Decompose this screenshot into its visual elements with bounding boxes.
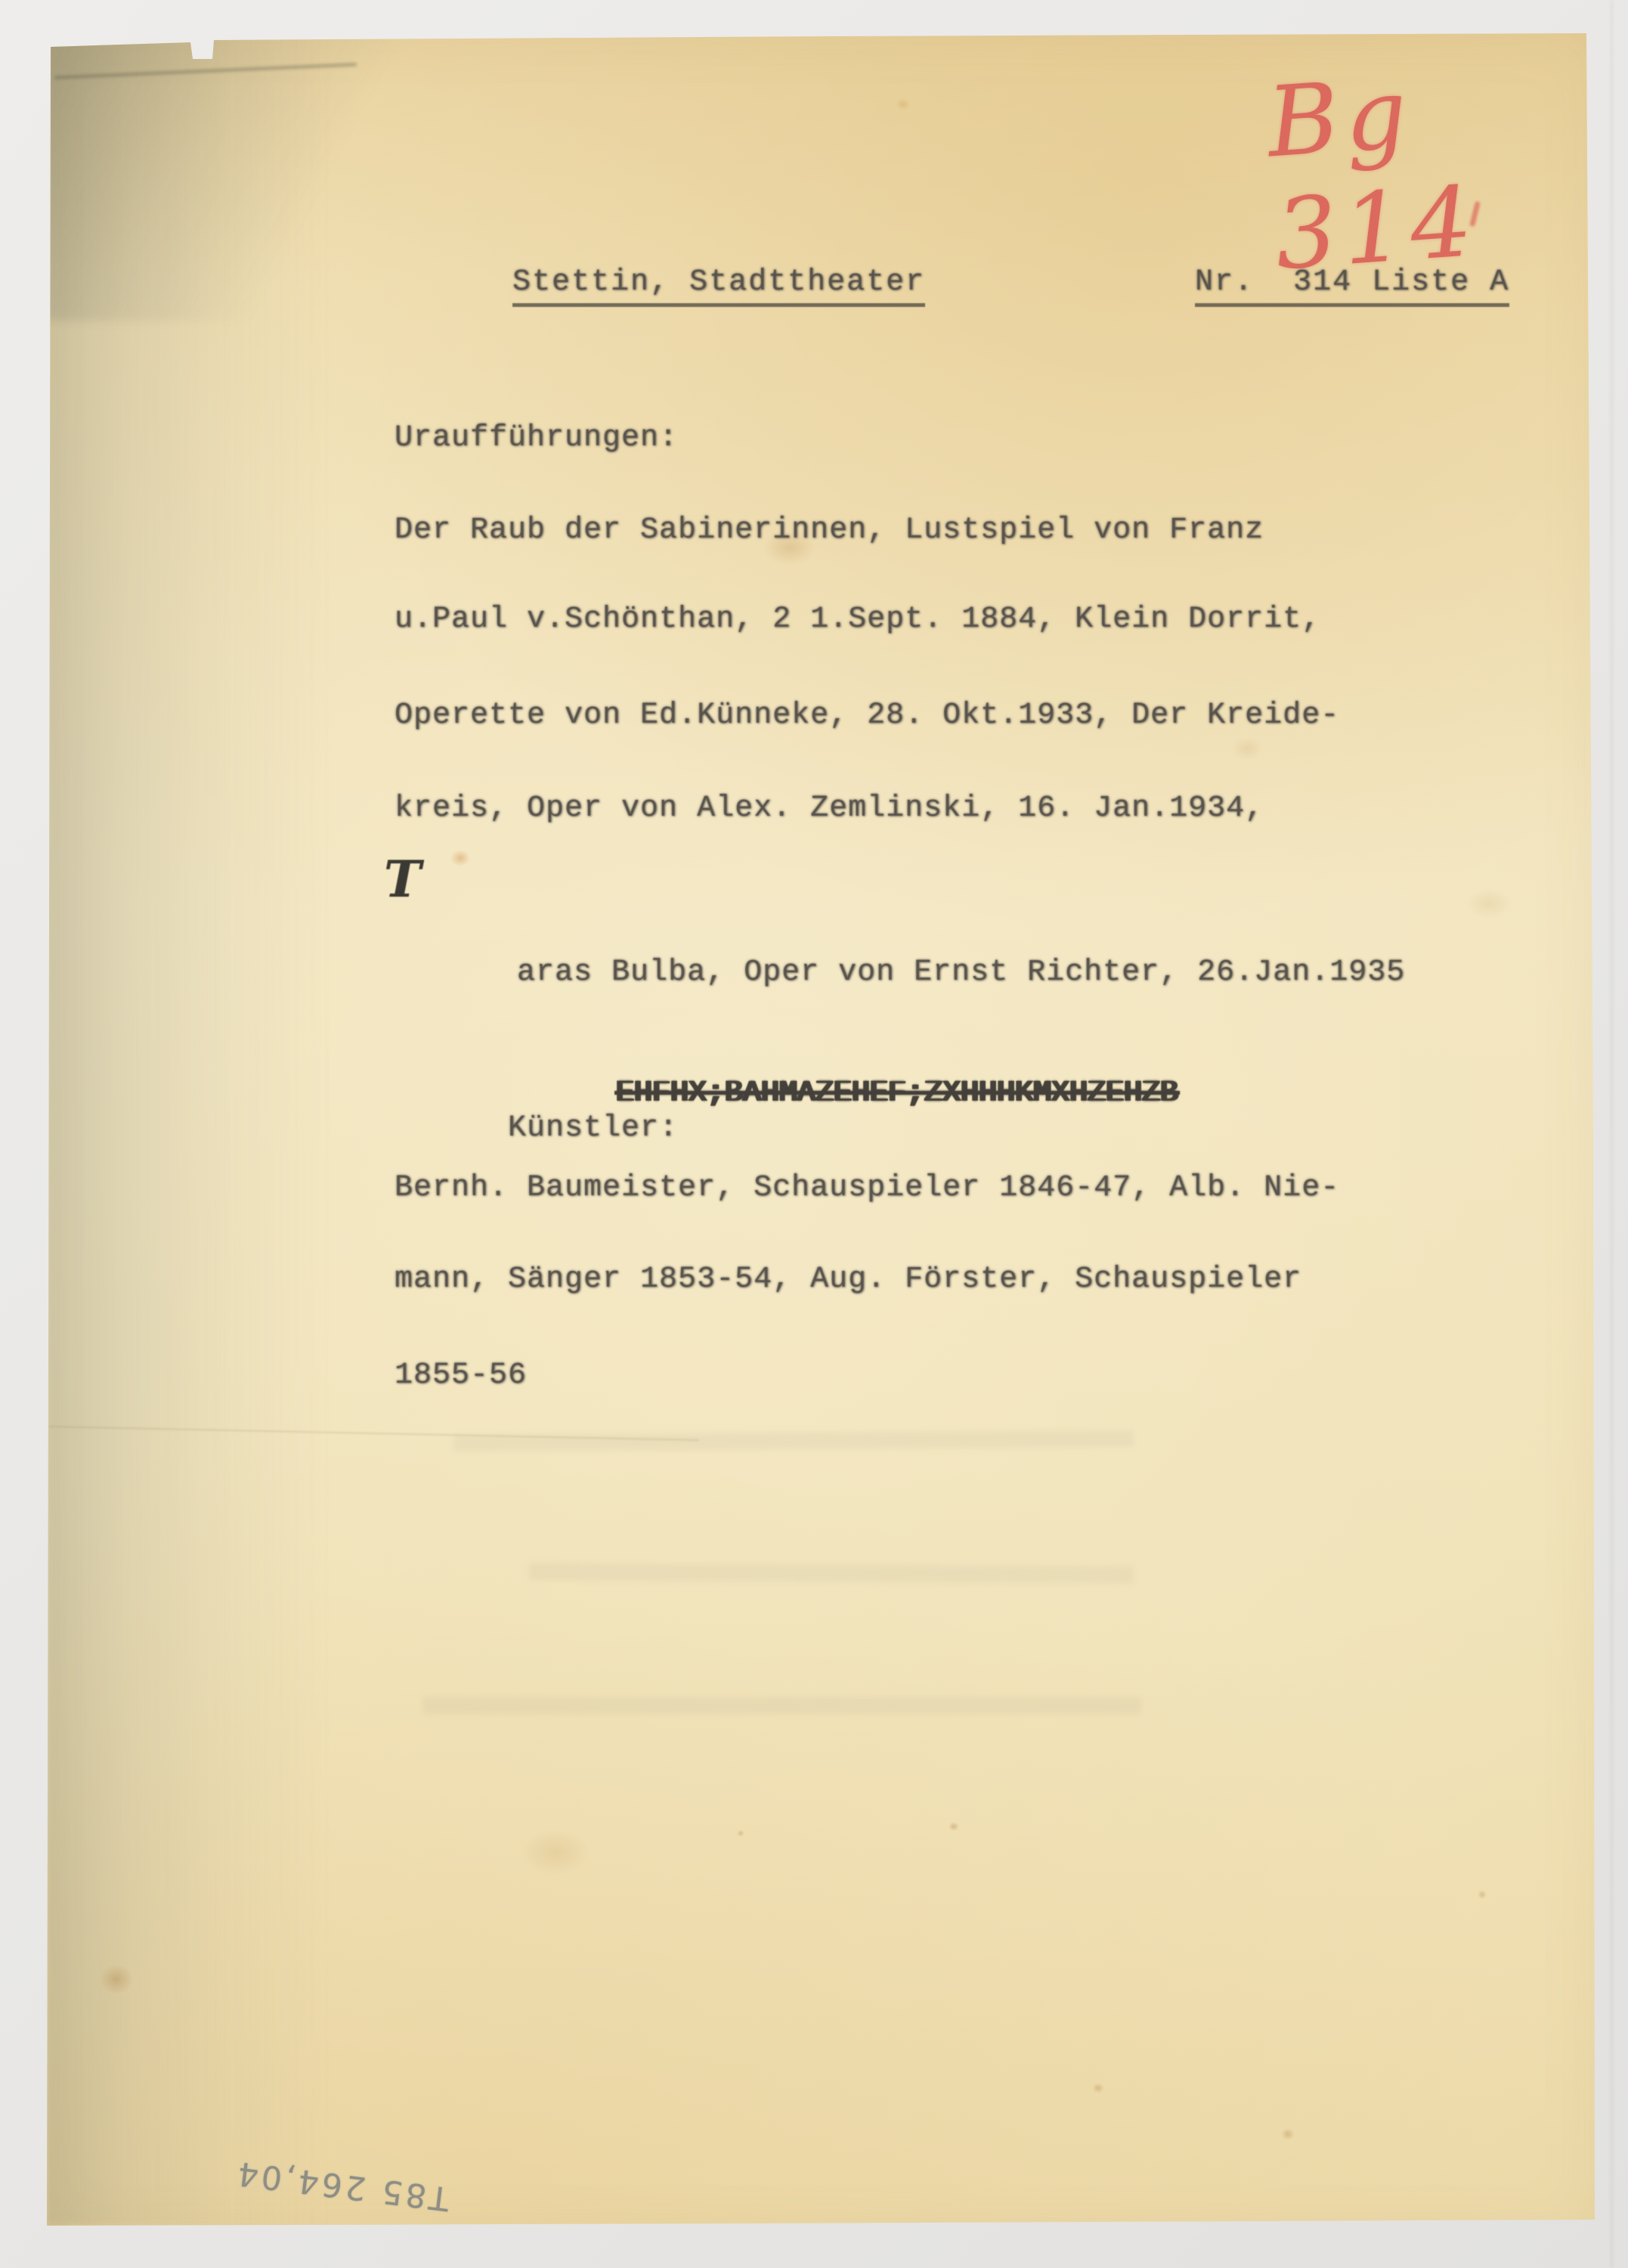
premiere-line-taras-bulba: T aras Bulba, Oper von Ernst Richter, 26…: [395, 886, 1405, 1025]
premiere-line-text: aras Bulba, Oper von Ernst Richter, 26.J…: [508, 956, 1405, 990]
premieres-heading: Uraufführungen:: [395, 421, 678, 456]
header-list-number-text: Nr. 314 Liste A: [1195, 265, 1509, 307]
premiere-line: Der Raub der Sabinerinnen, Lustspiel von…: [395, 513, 1264, 548]
handwritten-initial-T: T: [384, 862, 421, 897]
header-location-text: Stettin, Stadttheater: [512, 265, 925, 307]
header-list-number: Nr. 314 Liste A: [1077, 231, 1509, 342]
header-location: Stettin, Stadttheater: [395, 231, 925, 342]
typewritten-text-layer: Stettin, Stadttheater Nr. 314 Liste A Ur…: [0, 0, 1628, 2268]
artist-line: 1855-56: [395, 1359, 527, 1393]
artist-line: Bernh. Baumeister, Schauspieler 1846-47,…: [395, 1171, 1339, 1206]
premiere-line: u.Paul v.Schönthan, 2 1.Sept. 1884, Klei…: [395, 603, 1320, 637]
premiere-line: kreis, Oper von Alex. Zemlinski, 16. Jan…: [395, 792, 1264, 826]
premiere-line: Operette von Ed.Künneke, 28. Okt.1933, D…: [395, 699, 1339, 733]
scan-background: Bg 314 Stettin, Stadttheater Nr. 314 Lis…: [0, 0, 1628, 2268]
artist-line: mann, Sänger 1853-54, Aug. Förster, Scha…: [395, 1263, 1301, 1297]
artists-heading: Künstler:: [508, 1111, 678, 1145]
crossed-out-entry: EHFHX;BAHMAZEHEF;ZXHHHKMXHZEHZB: [616, 1077, 1178, 1111]
